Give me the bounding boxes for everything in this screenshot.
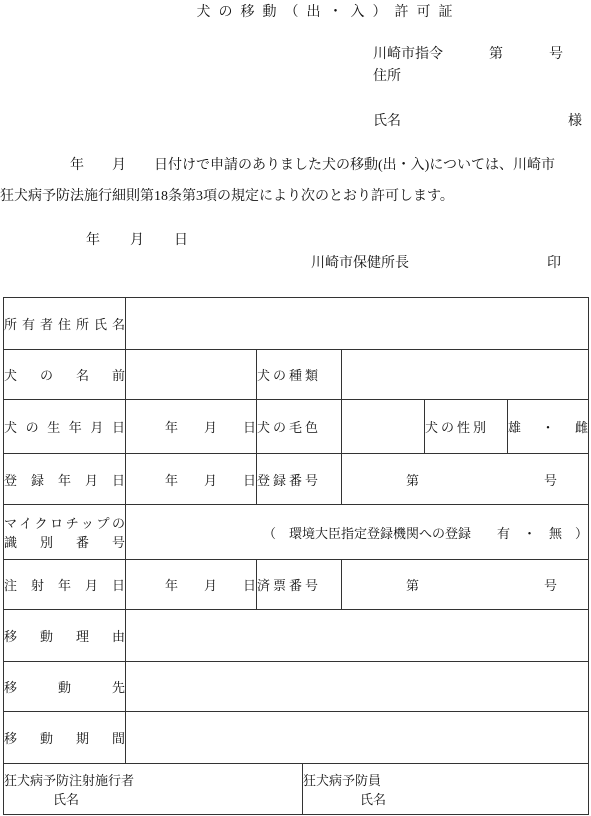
tag-number-prefix: 第 [406,575,419,594]
directive-prefix: 川崎市指令 [373,43,443,63]
dog-name-value-cell [126,350,257,400]
prevention-officer-name-label: 氏名 [303,789,588,808]
permit-table: 所有者住所氏名 犬の名前 犬の種類 犬の生年月日 年 月 日 犬の毛色 犬の性別… [3,297,589,815]
dog-name-label: 犬の名前 [4,350,126,400]
row-vaccination: 注射年月日 年 月 日 済票番号 第 号 [4,560,589,610]
tag-number-suffix: 号 [544,575,557,594]
dog-movement-permit-document: 犬の移動（出・入）許可証 川崎市指令 第 号 住所 氏名 様 年 月 日付けで申… [0,0,591,816]
prevention-officer-title: 狂犬病予防員 [303,770,588,789]
row-microchip: マイクロチップの 識別番号 （ 環境大臣指定登録機関への登録 有 ・ 無 ） [4,505,589,560]
vaccinator-signature-cell: 狂犬病予防注射施行者 氏名 [4,764,303,815]
directive-dai: 第 [489,43,503,63]
row-period: 移動期間 [4,712,589,764]
issue-date-day: 日 [174,229,188,249]
microchip-value-cell: （ 環境大臣指定登録機関への登録 有 ・ 無 ） [126,505,589,560]
dog-birth-label: 犬の生年月日 [4,400,126,454]
registration-date-cell: 年 月 日 [126,454,257,505]
tag-number-label: 済票番号 [257,560,342,610]
row-destination: 移動先 [4,662,589,712]
issue-date-month: 月 [130,229,144,249]
registration-number-cell: 第 号 [342,454,589,505]
page-title: 犬の移動（出・入）許可証 [0,1,591,21]
move-period-label: 移動期間 [4,712,126,764]
move-period-value-cell [126,712,589,764]
issuer-seal-mark: 印 [547,252,561,272]
address-label: 住所 [373,65,401,85]
recipient-honorific: 様 [568,110,582,130]
vaccinator-name-label: 氏名 [4,789,302,808]
row-dog-name: 犬の名前 犬の種類 [4,350,589,400]
issue-date-year: 年 [86,229,100,249]
vaccinator-title: 狂犬病予防注射施行者 [4,770,302,789]
directive-number-line: 川崎市指令 第 号 [373,43,563,63]
move-destination-value-cell [126,662,589,712]
prevention-officer-signature-cell: 狂犬病予防員 氏名 [303,764,589,815]
issuer-line: 川崎市保健所長 印 [311,252,561,272]
dog-breed-value-cell [342,350,589,400]
issuer-title: 川崎市保健所長 [311,252,409,272]
microchip-label: マイクロチップの 識別番号 [4,505,126,560]
move-reason-label: 移動理由 [4,610,126,662]
move-destination-label: 移動先 [4,662,126,712]
row-reason: 移動理由 [4,610,589,662]
row-owner: 所有者住所氏名 [4,298,589,350]
owner-value-cell [126,298,589,350]
issue-date-line: 年 月 日 [86,229,188,249]
row-dog-birth: 犬の生年月日 年 月 日 犬の毛色 犬の性別 雄 ・ 雌 [4,400,589,454]
move-reason-value-cell [126,610,589,662]
microchip-label-line2: 識別番号 [4,532,125,551]
tag-number-cell: 第 号 [342,560,589,610]
row-signatures: 狂犬病予防注射施行者 氏名 狂犬病予防員 氏名 [4,764,589,815]
vaccination-date-cell: 年 月 日 [126,560,257,610]
registration-date-label: 登録年月日 [4,454,126,505]
dog-birth-date-cell: 年 月 日 [126,400,257,454]
permit-body-paragraph: 年 月 日付けで申請のありました犬の移動(出・入)については、川崎市 狂犬病予防… [0,150,591,212]
registration-number-suffix: 号 [544,470,557,489]
row-registration: 登録年月日 年 月 日 登録番号 第 号 [4,454,589,505]
microchip-label-line1: マイクロチップの [4,513,125,532]
vaccination-date-label: 注射年月日 [4,560,126,610]
recipient-name-line: 氏名 様 [373,110,582,130]
registration-number-label: 登録番号 [257,454,342,505]
recipient-name-label: 氏名 [373,110,401,130]
dog-sex-options: 雄 ・ 雌 [508,400,589,454]
dog-sex-label: 犬の性別 [425,400,508,454]
dog-coat-value-cell [342,400,425,454]
body-line-1: 年 月 日付けで申請のありました犬の移動(出・入)については、川崎市 [0,150,591,181]
body-line-2: 狂犬病予防法施行細則第18条第3項の規定により次のとおり許可します。 [0,181,591,212]
registration-number-prefix: 第 [406,470,419,489]
owner-label: 所有者住所氏名 [4,298,126,350]
dog-coat-label: 犬の毛色 [257,400,342,454]
directive-go: 号 [549,43,563,63]
dog-breed-label: 犬の種類 [257,350,342,400]
